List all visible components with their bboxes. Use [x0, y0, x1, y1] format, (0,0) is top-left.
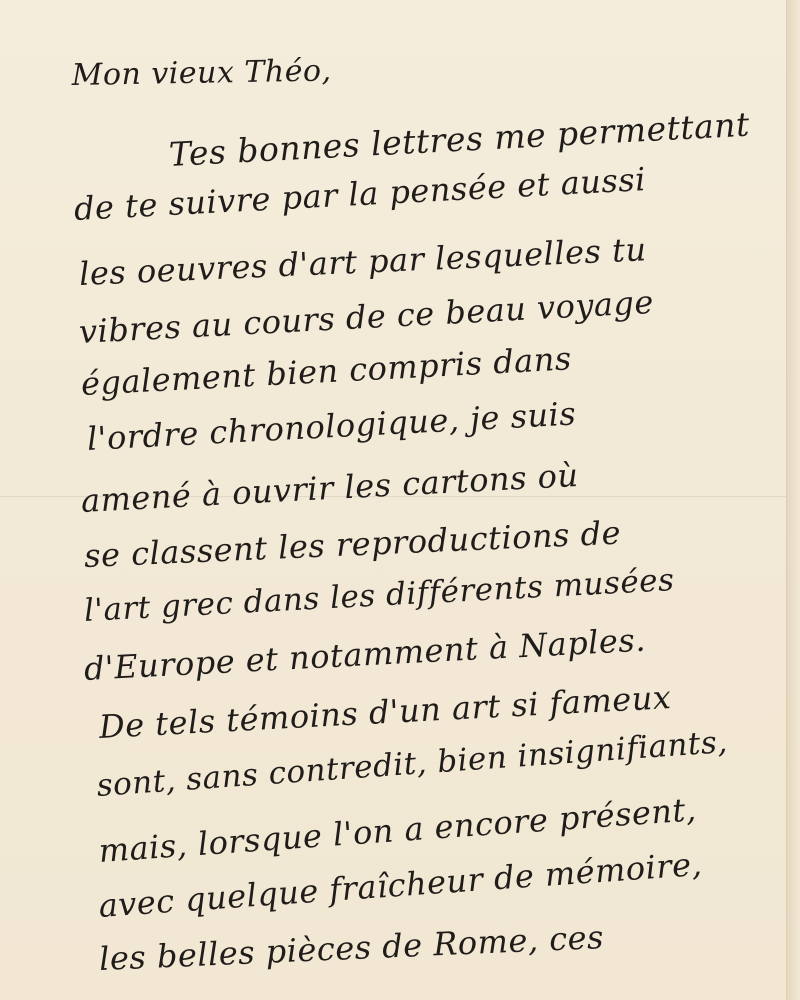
page-edge [786, 0, 800, 1000]
salutation: Mon vieux Théo, [71, 53, 331, 93]
